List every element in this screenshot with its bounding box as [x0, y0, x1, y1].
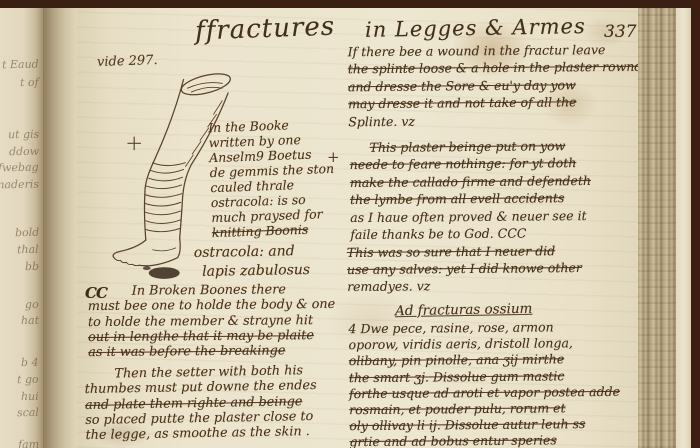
right-paragraph-sure: This was so sure that I neuer did use an…: [347, 242, 582, 296]
recipe-paragraph: 4 Dwe pece, rasine, rose, armon oporow, …: [348, 319, 620, 448]
page-fragment: maderis: [0, 178, 39, 192]
hw-line: make the callado firme and defendeth: [350, 172, 591, 192]
book-fore-edge: [638, 8, 676, 448]
manuscript-page: ffractures in Legges & Armes 337 vide 29…: [77, 8, 638, 448]
page-fragment: b 4: [21, 356, 39, 369]
running-header-left: ffractures: [195, 12, 336, 47]
hw-line: as I haue often proved & neuer see it: [350, 207, 591, 227]
facing-page-edge: t Eaud t of ut gis ddow fwebag maderis b…: [0, 8, 43, 448]
hw-line: forthe usque ad aroti et vapor postea ad…: [349, 384, 620, 403]
hw-line: oly ollivay li ij. Dissolue autur leuh s…: [349, 416, 620, 435]
caption-line: knitting Boonis: [212, 221, 337, 240]
leg-caption: In the Booke written by one Anselm9 Boet…: [208, 116, 336, 240]
page-fragment: hui: [21, 390, 39, 403]
page-fragment: bold: [15, 226, 39, 239]
hw-line: the splinte loose & a hole in the plaste…: [348, 58, 643, 78]
hw-line: out in lengthe that it may be plaite: [88, 328, 335, 345]
hw-line: as it was before the breakinge: [88, 343, 335, 360]
stone-note: ostracola: and lapis zabulosus: [194, 242, 311, 282]
book-photo: { "palette": {"ink": "#4c3318", "paper":…: [0, 0, 700, 448]
page-fragment: fwebag: [0, 161, 39, 175]
hw-line: neede to feare nothinge: for yt doth: [350, 154, 591, 174]
right-paragraph-wound: If there bee a wound in the fractur leav…: [348, 41, 643, 131]
page-fragment: t Eaud: [2, 58, 39, 72]
hw-line: This was so sure that I neuer did: [347, 242, 582, 261]
page-fragment: t of: [20, 76, 39, 89]
page-fragment: hat: [21, 314, 39, 327]
page-fragment: ut gis: [8, 128, 39, 142]
right-paragraph-plaster: This plaster beinge put on yow neede to …: [350, 137, 592, 244]
hw-line: must bee one to holde the body & one: [88, 297, 335, 314]
hw-line: the lymbe from all evell accidents: [350, 189, 591, 209]
gutter-shadow: [43, 8, 77, 448]
photo-frame-top: [0, 0, 700, 9]
hw-line: Splinte. vz: [348, 110, 643, 130]
hw-line: remadyes. vz: [347, 276, 582, 295]
hw-line: faile thanks be to God. CCC: [350, 224, 591, 244]
recipe-heading: Ad fracturas ossium: [395, 301, 533, 319]
stone-note-line: lapis zabulosus: [202, 261, 310, 282]
page-fragment: scal: [17, 406, 39, 419]
page-fragment: ddow: [9, 145, 39, 159]
photo-frame-right: [691, 0, 700, 448]
page-fragment: t go: [17, 373, 39, 386]
stone-note-line: ostracola: and: [194, 242, 310, 263]
page-fragment: bb: [25, 260, 39, 273]
outer-page-edge: [676, 8, 692, 448]
hw-line: This plaster beinge put on yow: [350, 137, 591, 157]
page-fragment: thal: [17, 243, 39, 256]
hw-line: use any salves: yet I did knowe other: [347, 259, 582, 278]
page-fragment: fam: [18, 438, 39, 448]
hw-line: the legge, as smoothe as the skin .: [85, 424, 317, 443]
hw-line: grtie and ad bobus entur speries: [349, 432, 620, 448]
running-header-right: in Legges & Armes: [365, 14, 586, 42]
left-paragraph-setter: Then the setter with both his thumbes mu…: [84, 363, 317, 444]
left-paragraph-broken-bones: In Broken Boones there must bee one to h…: [88, 282, 336, 361]
page-fragment: go: [25, 298, 39, 311]
page-number: 337: [604, 22, 636, 42]
